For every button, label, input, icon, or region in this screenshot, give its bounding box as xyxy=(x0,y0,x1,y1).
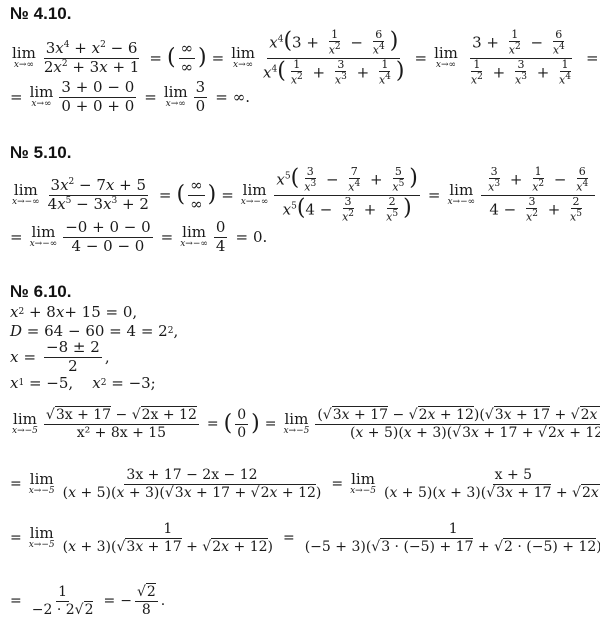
limit-operator: limx→−∞ xyxy=(12,183,40,208)
limit-operator: limx→−5 xyxy=(283,412,309,437)
fraction: 1 (x + 3)(√3x + 17 + √2x + 12) xyxy=(61,521,275,554)
result: ∞. xyxy=(233,88,250,106)
fraction: 3x3 + 1x2 − 6x4 4 − 3x2 + 2x5 xyxy=(481,166,595,225)
limit-operator: limx→−5 xyxy=(29,526,55,551)
limit-operator: limx→∞ xyxy=(434,46,458,71)
fraction: 3x + 17 − 2x − 12 (x + 5)(x + 3)(√3x + 1… xyxy=(61,467,324,500)
problem-title-5-10: № 5.10. xyxy=(10,143,71,163)
limit-operator: limx→∞ xyxy=(12,46,36,71)
limit-operator: limx→−∞ xyxy=(30,225,58,250)
indeterminate-form: ∞∞ xyxy=(179,40,196,76)
roots-formula: x=−8 ± 22, xyxy=(10,339,110,375)
problem-title-4-10: № 4.10. xyxy=(10,4,71,24)
fraction: 30 xyxy=(194,79,208,115)
indeterminate-form: ∞∞ xyxy=(188,177,205,213)
fraction: x5(3x3 − 7x4 + 5x5) x5(4 − 3x2 + 2x5) xyxy=(274,166,419,225)
equation-5-10-line-2: = limx→−∞ −0 + 0 − 04 − 0 − 0 = limx→−∞ … xyxy=(10,220,267,254)
fraction: 3x2 − 7x + 5 4x5 − 3x3 + 2 xyxy=(46,177,151,213)
limit-operator: limx→−5 xyxy=(29,472,55,497)
equation-6-10-line-1: limx→−5 √3x + 17 − √2x + 12 x² + 8x + 15… xyxy=(10,403,600,445)
quadratic-equation: x2 + 8x + 15 = 0, xyxy=(10,302,137,322)
equation-4-10-line-2: = limx→∞ 3 + 0 − 00 + 0 + 0 = limx→∞ 30 … xyxy=(10,80,250,114)
roots: x1 = −5, x2 = −3; xyxy=(10,373,156,393)
fraction: 3 + 1x2 − 6x4 1x2 + 3x3 + 1x4 xyxy=(464,29,578,88)
limit-operator: limx→−5 xyxy=(12,412,38,437)
equation-6-10-line-4: = 1 −2 · 2√2 = − √2 8 . xyxy=(10,580,165,622)
fraction: √3x + 17 − √2x + 12 x² + 8x + 15 xyxy=(44,407,199,440)
fraction: x4(3 + 1x2 − 6x4) x4(1x2 + 3x3 + 1x4) xyxy=(261,29,406,88)
result: 0. xyxy=(253,228,267,246)
limit-operator: limx→−∞ xyxy=(241,183,269,208)
fraction: 04 xyxy=(214,219,228,255)
fraction: 3x4 + x2 − 6 2x2 + 3x + 1 xyxy=(42,40,142,76)
fraction: 3 + 0 − 00 + 0 + 0 xyxy=(59,79,136,115)
answer-fraction: √2 8 xyxy=(135,584,158,617)
limit-operator: limx→−∞ xyxy=(180,225,208,250)
limit-operator: limx→−∞ xyxy=(447,183,475,208)
equation-6-10-line-2: = limx→−5 3x + 17 − 2x − 12 (x + 5)(x + … xyxy=(10,463,600,505)
fraction: (√3x + 17 − √2x + 12)(√3x + 17 + √2x + 1… xyxy=(315,407,600,440)
equation-5-10-line-1: limx→−∞ 3x2 − 7x + 5 4x5 − 3x3 + 2 = (∞∞… xyxy=(10,165,600,225)
limit-operator: limx→∞ xyxy=(30,85,54,110)
fraction: 1 (−5 + 3)(√3 · (−5) + 17 + √2 · (−5) + … xyxy=(303,521,600,554)
limit-operator: limx→−5 xyxy=(350,472,376,497)
equation-6-10-line-3: = limx→−5 1 (x + 3)(√3x + 17 + √2x + 12)… xyxy=(10,517,600,559)
fraction: x + 5 (x + 5)(x + 3)(√3x + 17 + √2x + 12… xyxy=(382,467,600,500)
limit-operator: limx→∞ xyxy=(164,85,188,110)
limit-operator: limx→∞ xyxy=(231,46,255,71)
fraction: 1 −2 · 2√2 xyxy=(30,584,96,617)
fraction: −0 + 0 − 04 − 0 − 0 xyxy=(63,219,152,255)
problem-title-6-10: № 6.10. xyxy=(10,282,71,302)
indeterminate-form: 00 xyxy=(235,407,248,440)
